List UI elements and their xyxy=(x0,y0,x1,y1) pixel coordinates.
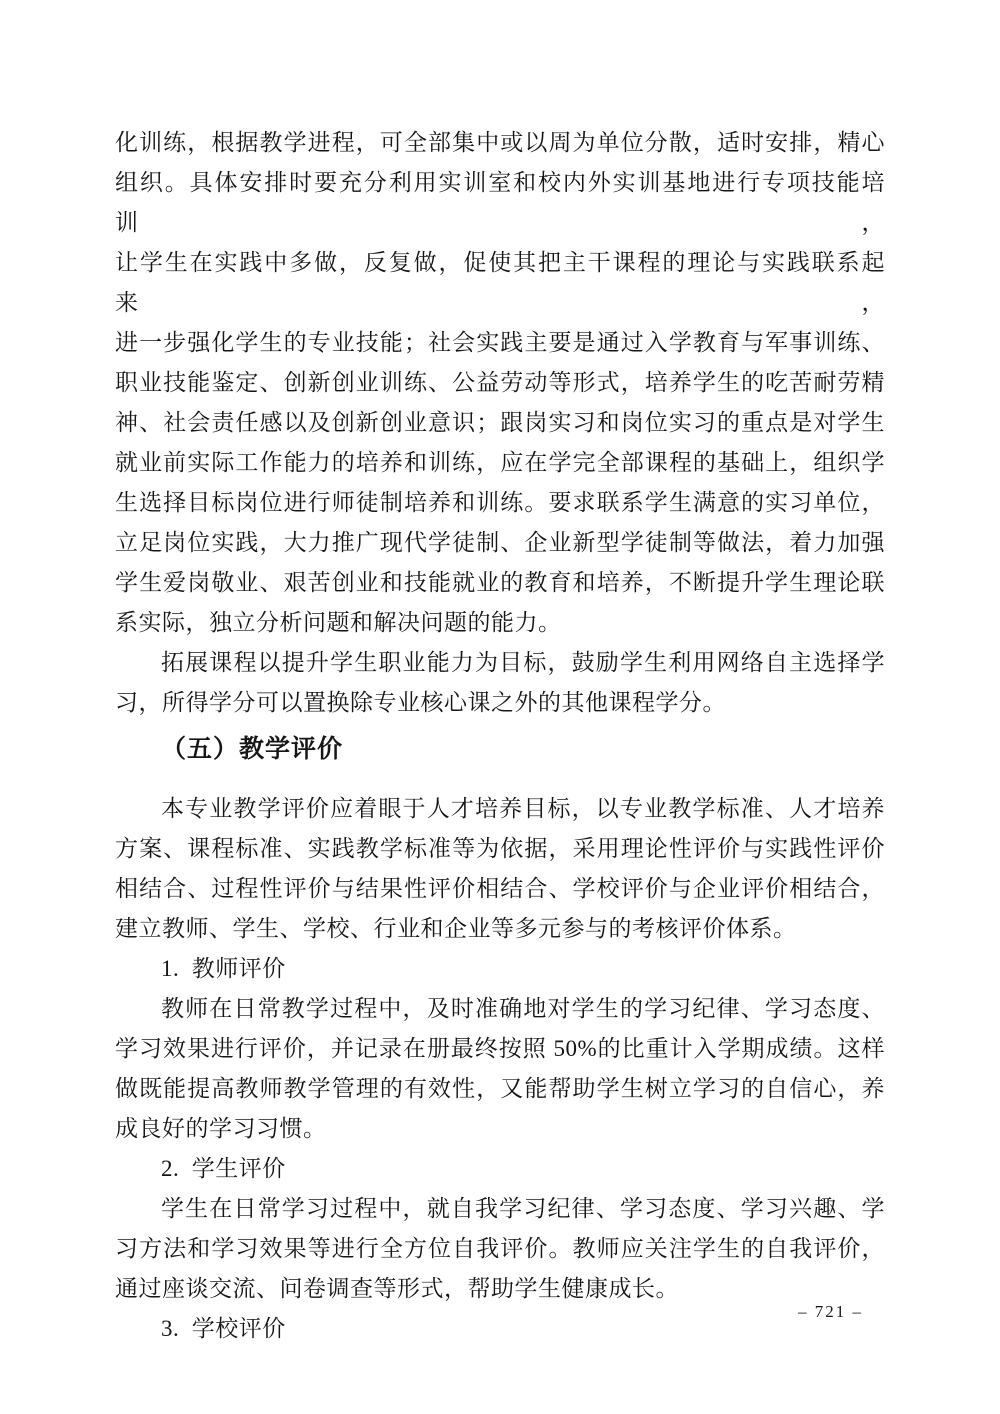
numbered-item-3: 3. 学校评价 xyxy=(115,1309,885,1349)
body-line: 化训练，根据教学进程，可全部集中或以周为单位分散，适时安排，精心 xyxy=(115,123,885,163)
body-line: 学习效果进行评价，并记录在册最终按照 50%的比重计入学期成绩。这样 xyxy=(115,1029,885,1069)
body-line: 教师在日常教学过程中，及时准确地对学生的学习纪律、学习态度、 xyxy=(115,989,885,1029)
numbered-item-1: 1. 教师评价 xyxy=(115,949,885,989)
body-line: 生选择目标岗位进行师徒制培养和训练。要求联系学生满意的实习单位， xyxy=(115,483,885,523)
body-line: 成良好的学习习惯。 xyxy=(115,1109,885,1149)
body-line: 习方法和学习效果等进行全方位自我评价。教师应关注学生的自我评价， xyxy=(115,1229,885,1269)
body-line: 方案、课程标准、实践教学标准等为依据，采用理论性评价与实践性评价 xyxy=(115,829,885,869)
body-line: 做既能提高教师教学管理的有效性，又能帮助学生树立学习的自信心，养 xyxy=(115,1069,885,1109)
section-heading: （五）教学评价 xyxy=(115,730,885,770)
body-line: 通过座谈交流、问卷调查等形式，帮助学生健康成长。 xyxy=(115,1269,885,1309)
body-line: 立足岗位实践，大力推广现代学徒制、企业新型学徒制等做法，着力加强 xyxy=(115,523,885,563)
body-line: 职业技能鉴定、创新创业训练、公益劳动等形式，培养学生的吃苦耐劳精 xyxy=(115,363,885,403)
body-line: 学生在日常学习过程中，就自我学习纪律、学习态度、学习兴趣、学 xyxy=(115,1189,885,1229)
body-line: 拓展课程以提升学生职业能力为目标，鼓励学生利用网络自主选择学 xyxy=(115,643,885,683)
page-number: – 721 – xyxy=(798,1302,863,1322)
body-line: 本专业教学评价应着眼于人才培养目标，以专业教学标准、人才培养 xyxy=(115,789,885,829)
body-line: 就业前实际工作能力的培养和训练，应在学完全部课程的基础上，组织学 xyxy=(115,443,885,483)
body-line: 让学生在实践中多做，反复做，促使其把主干课程的理论与实践联系起来， xyxy=(115,243,885,323)
body-line: 习，所得学分可以置换除专业核心课之外的其他课程学分。 xyxy=(115,683,885,723)
body-line: 组织。具体安排时要充分利用实训室和校内外实训基地进行专项技能培训， xyxy=(115,163,885,243)
numbered-item-2: 2. 学生评价 xyxy=(115,1149,885,1189)
text-block: 化训练，根据教学进程，可全部集中或以周为单位分散，适时安排，精心 组织。具体安排… xyxy=(115,123,885,1349)
body-line: 系实际，独立分析问题和解决问题的能力。 xyxy=(115,603,885,643)
document-page: 化训练，根据教学进程，可全部集中或以周为单位分散，适时安排，精心 组织。具体安排… xyxy=(0,0,1000,1414)
body-line: 学生爱岗敬业、艰苦创业和技能就业的教育和培养，不断提升学生理论联 xyxy=(115,563,885,603)
body-line: 神、社会责任感以及创新创业意识；跟岗实习和岗位实习的重点是对学生 xyxy=(115,403,885,443)
body-line: 进一步强化学生的专业技能；社会实践主要是通过入学教育与军事训练、 xyxy=(115,323,885,363)
body-line: 相结合、过程性评价与结果性评价相结合、学校评价与企业评价相结合， xyxy=(115,869,885,909)
body-line: 建立教师、学生、学校、行业和企业等多元参与的考核评价体系。 xyxy=(115,909,885,949)
